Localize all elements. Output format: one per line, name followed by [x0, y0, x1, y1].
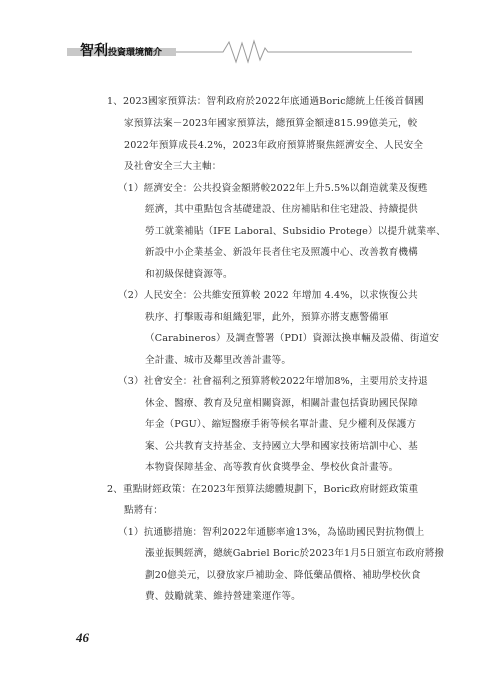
text-line: 漲並振興經濟，總統Gabriel Boric於2023年1月5日頒宣布政府將撥 — [145, 548, 444, 560]
text-line: 劃20億美元，以發放家戶補助金、降低藥品價格、補助學校伙食 — [145, 570, 421, 582]
text-line: 2022年預算成長4.2%，2023年政府預算將聚焦經濟安全、人民安全 — [124, 140, 423, 152]
text-line: 經濟，其中重點包含基礎建設、住房補貼和住宅建設、持續提供 — [145, 204, 418, 216]
text-line: 秩序、打擊販毒和組織犯罪，此外，預算亦將支應警備軍 — [145, 312, 389, 324]
text-line: 本物資保障基金、高等教育伙食獎學金、學校伙食計畫等。 — [145, 462, 398, 474]
text-line: 案、公共教育支持基金、支持國立大學和國家技術培訓中心、基 — [145, 441, 418, 453]
text-line: （3）社會安全：社會福利之預算將較2022年增加8%，主要用於支持退 — [118, 376, 428, 388]
text-line: 勞工就業補貼（IFE Laboral、Subsidio Protege）以提升就… — [145, 226, 446, 238]
text-line: 休金、醫療、教育及兒童相關資源，相關計畫包括資助國民保障 — [145, 398, 418, 410]
running-header: 智利投資環境簡介 — [0, 0, 480, 70]
text-line: （1）經濟安全：公共投資金額將較2022年上升5.5%以創造就業及復甦 — [118, 183, 428, 195]
text-line: 及社會安全三大主軸： — [124, 161, 221, 173]
text-line: （1）抗通膨措施：智利2022年通膨率逾13%，為協助國民對抗物價上 — [118, 527, 424, 539]
text-line: （Carabineros）及調查警署（PDI）資源汰換車輛及設備、街道安 — [145, 333, 439, 345]
text-line: 全計畫、城市及鄰里改善計畫等。 — [145, 355, 291, 367]
text-line: 家預算法案－2023年國家預算法，總預算金額達815.99億美元，較 — [124, 118, 417, 130]
text-line: 和初級保健資源等。 — [145, 269, 233, 281]
header-zigzag-rule — [0, 0, 480, 70]
page-number: 46 — [76, 630, 89, 646]
text-line: 新設中小企業基金、新設年長者住宅及照護中心、改善教育機構 — [145, 247, 418, 259]
text-line: 點將有： — [124, 505, 163, 517]
text-line: 費、鼓勵就業、維持營建業運作等。 — [145, 591, 301, 603]
text-line: 2、重點財經政策：在2023年預算法總體規劃下，Boric政府財經政策重 — [107, 484, 418, 496]
text-line: 1、2023國家預算法：智利政府於2022年底通過Boric總統上任後首個國 — [107, 96, 424, 108]
text-line: 年金（PGU）、縮短醫療手術等候名單計畫、兒少權利及保護方 — [145, 419, 416, 431]
text-line: （2）人民安全：公共維安預算較 2022 年增加 4.4%，以求恢復公共 — [118, 290, 418, 302]
